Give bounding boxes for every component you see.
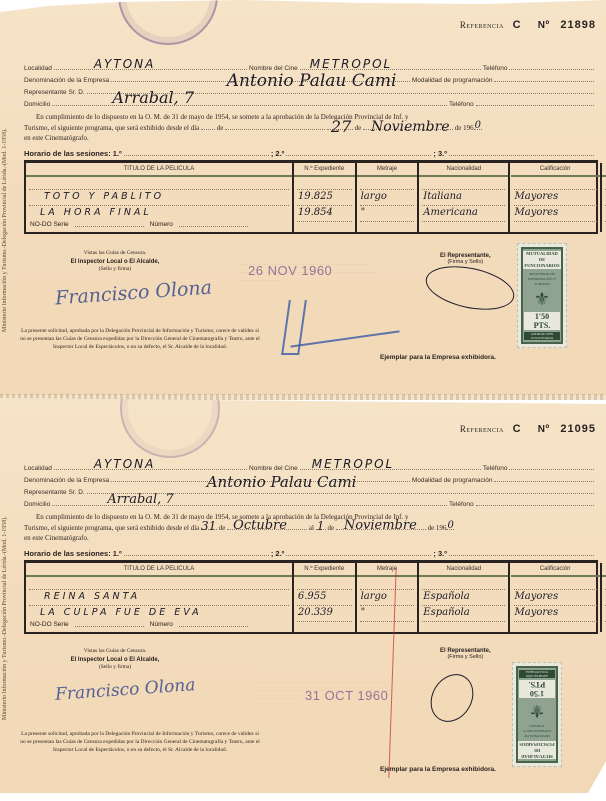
eagle-emblem-icon: ⚜ <box>529 701 545 721</box>
table-cell-calificacion[interactable]: Mayores <box>515 207 559 218</box>
desde-mes-field[interactable]: Octubre <box>227 522 307 530</box>
representative-block: El Representante, (Firma y Sello) <box>440 253 491 265</box>
column-metraje: Metrajelargo" <box>357 163 420 232</box>
films-table: TITULO DE LA PELICULATOTO Y PABLITOLA HO… <box>24 160 598 234</box>
reference-letter: C <box>513 19 521 31</box>
reference: Referencia C Nº 21095 <box>460 423 596 435</box>
row-rule <box>297 621 352 622</box>
de-label: de <box>219 524 226 532</box>
table-cell-calificacion[interactable]: Mayores <box>515 591 559 602</box>
column-header: Nacionalidad <box>419 163 508 177</box>
telefono-field[interactable] <box>509 69 594 70</box>
reference-label: Referencia <box>460 424 504 434</box>
localidad-value: AYTONA <box>94 57 156 71</box>
row-rule <box>297 189 352 190</box>
margin-print-text: Ministerio Información y Turismo.-Delega… <box>2 478 16 758</box>
representante-value: Antonio Palau Cami <box>227 71 397 91</box>
telefono-field[interactable] <box>509 469 594 470</box>
tax-stamp-ring-text: MINISTERIO DE INFORMACIÓN Y TURISMO <box>524 272 560 287</box>
year-prefix: de 196 <box>455 124 474 132</box>
telefono-label: Teléfono <box>483 465 508 472</box>
nodo-serie-field[interactable] <box>75 626 144 627</box>
row-rule <box>514 189 597 190</box>
column-header: N.º Expediente <box>294 163 355 177</box>
table-cell-nacionalidad[interactable]: Americana <box>423 207 478 218</box>
censor-block: Vistas las Guías de Censura. El Inspecto… <box>40 648 190 670</box>
representante-label: Representante Sr. D. <box>24 489 85 496</box>
nodo-label: NO-DO Serie <box>30 221 69 228</box>
paragraph-line3: en este Cinematógrafo. <box>24 533 596 543</box>
modalidad-field[interactable] <box>494 81 594 82</box>
row-rule <box>514 589 597 590</box>
session-3-field[interactable] <box>449 155 594 156</box>
nodo-numero-field[interactable] <box>179 626 248 627</box>
localidad-field[interactable]: AYTONA <box>54 469 247 470</box>
sessions-row: Horario de las sesiones: 1.º ; 2.º ; 3.º <box>24 546 596 558</box>
table-cell-metraje[interactable]: " <box>361 207 366 218</box>
row-rule <box>297 589 352 590</box>
telefono2-field[interactable] <box>476 505 594 506</box>
column-header: N.º Expediente <box>294 563 355 577</box>
reference-number-label: Nº <box>538 424 550 435</box>
numero-label: Número <box>150 621 173 628</box>
paragraph-line2: Turismo, el siguiente programa, que será… <box>24 122 596 133</box>
desde-dia-value: 31 <box>201 521 216 531</box>
table-cell-titulo[interactable]: TOTO Y PABLITO <box>44 191 164 202</box>
session-3-label: ; 3.º <box>433 549 447 558</box>
program-paragraph: En cumplimiento de lo dispuesto en la O.… <box>24 112 596 143</box>
cine-value: METROPOL <box>312 457 394 471</box>
censor-line3: (Sello y firma) <box>40 664 190 670</box>
session-2-field[interactable] <box>286 155 431 156</box>
eagle-emblem-icon: ⚜ <box>534 289 550 309</box>
row-rule <box>297 605 352 606</box>
row-rule <box>29 189 289 190</box>
session-2-field[interactable] <box>286 555 431 556</box>
desde-dia-field[interactable]: 31 <box>201 522 217 530</box>
paragraph-line1: En cumplimiento de lo dispuesto en la O.… <box>24 512 596 522</box>
inspector-signature: Francisco Olona <box>54 675 196 705</box>
row-rule <box>360 605 415 606</box>
column-calificacion: CalificaciónMayoresMayores <box>511 163 602 232</box>
official-seal <box>120 398 220 458</box>
pen-stroke <box>290 330 399 347</box>
al-dia-value: 27 <box>331 122 351 132</box>
validity-notice: La presente solicitud, aprobada por la D… <box>20 730 260 754</box>
session-1-field[interactable] <box>124 155 269 156</box>
tax-stamp: MUTUALIDAD DE FUNCIONARIOS MINISTERIO DE… <box>517 243 567 348</box>
column-clasificacion: Clasificación <box>602 163 606 232</box>
tax-stamp: MUTUALIDAD DE FUNCIONARIOS MINISTERIO DE… <box>512 662 562 767</box>
table-cell-expediente[interactable]: 19.854 <box>298 207 333 218</box>
nodo-row: NO-DO SerieNúmero <box>30 621 250 628</box>
reference-number: 21095 <box>560 423 596 435</box>
column-header: Clasificación <box>602 163 606 177</box>
official-seal <box>118 0 218 45</box>
cine-label: Nombre del Cine <box>249 465 298 472</box>
table-cell-nacionalidad[interactable]: Española <box>423 591 469 602</box>
censor-line1: Vistas las Guías de Censura. <box>40 648 190 654</box>
session-1-label: 1.º <box>113 149 122 158</box>
row-rule <box>360 621 415 622</box>
row-rule <box>514 621 597 622</box>
row-rule <box>514 221 597 222</box>
program-paragraph: En cumplimiento de lo dispuesto en la O.… <box>24 512 596 543</box>
column-expediente: N.º Expediente19.82519.854 <box>294 163 357 232</box>
year-digit: 0 <box>475 121 481 131</box>
telefono-label: Teléfono <box>483 65 508 72</box>
localidad-value: AYTONA <box>94 457 156 471</box>
paragraph-line3: en este Cinematógrafo. <box>24 133 596 143</box>
table-cell-metraje[interactable]: largo <box>361 191 387 202</box>
row-rule <box>297 221 352 222</box>
domicilio-value: Arrabal, 7 <box>107 492 173 507</box>
row-rule <box>360 205 415 206</box>
year-field[interactable]: 0 <box>474 122 482 130</box>
cine-value: METROPOL <box>310 57 392 71</box>
desde-mes-field[interactable] <box>225 122 325 130</box>
validity-notice: La presente solicitud, aprobada por la D… <box>20 327 260 351</box>
row-rule <box>422 605 505 606</box>
representative-signature <box>422 666 482 729</box>
de-label: de <box>217 124 224 132</box>
domicilio-label: Domicilio <box>24 501 50 508</box>
table-cell-nacionalidad[interactable]: Española <box>423 607 469 618</box>
representative-signature <box>422 259 518 317</box>
form-top: Ministerio Información y Turismo.-Delega… <box>0 0 606 395</box>
de2-label: de <box>327 524 334 532</box>
reference-label: Referencia <box>460 20 504 30</box>
representative-sublabel: (Firma y Sello) <box>440 259 491 265</box>
row-rule <box>422 205 505 206</box>
al-mes-value: Noviembre <box>371 122 450 132</box>
column-clasificacion: Clasificación <box>602 563 606 632</box>
inspector-signature: Francisco Olona <box>54 277 212 310</box>
al-dia-field[interactable]: 1 <box>316 522 326 530</box>
nodo-numero-field[interactable] <box>179 226 248 227</box>
session-1-field[interactable] <box>124 555 269 556</box>
nodo-row: NO-DO SerieNúmero <box>30 221 250 228</box>
row-representante: Representante Sr. D. Antonio Palau Cami <box>24 84 596 96</box>
modalidad-label: Modalidad de programación <box>412 77 493 84</box>
tax-stamp-price: 1'50 PTS. <box>524 312 560 330</box>
table-cell-calificacion[interactable]: Mayores <box>515 607 559 618</box>
paragraph-prefix: Turismo, el siguiente programa, que será… <box>24 124 199 132</box>
column-expediente: N.º Expediente6.95520.339 <box>294 563 357 632</box>
year-field[interactable]: 0 <box>446 522 454 530</box>
domicilio-field[interactable]: Arrabal, 7 <box>52 105 447 106</box>
films-table: TITULO DE LA PELICULAREINA SANTALA CULPA… <box>24 560 598 634</box>
row-rule <box>422 221 505 222</box>
al-dia-value: 1 <box>317 521 325 531</box>
table-cell-expediente[interactable]: 20.339 <box>298 607 333 618</box>
al-mes-field[interactable]: Noviembre <box>336 522 426 530</box>
representante-label: Representante Sr. D. <box>24 89 85 96</box>
tax-stamp-title: MUTUALIDAD DE FUNCIONARIOS <box>518 741 555 759</box>
telefono2-field[interactable] <box>476 105 594 106</box>
session-3-label: ; 3.º <box>433 149 447 158</box>
table-cell-titulo[interactable]: REINA SANTA <box>44 591 140 602</box>
modalidad-field[interactable] <box>494 481 594 482</box>
row-rule <box>360 189 415 190</box>
table-cell-metraje[interactable]: largo <box>361 591 387 602</box>
row-localidad: Localidad AYTONA Nombre del Cine METROPO… <box>24 460 596 472</box>
copy-label: Ejemplar para la Empresa exhibidora. <box>380 766 496 773</box>
telefono2-label: Teléfono <box>449 501 474 508</box>
table-cell-nacionalidad[interactable]: Italiana <box>423 191 462 202</box>
tax-stamp-title: MUTUALIDAD DE FUNCIONARIOS <box>523 251 560 269</box>
column-header: Metraje <box>357 163 418 177</box>
table-cell-expediente[interactable]: 19.825 <box>298 191 333 202</box>
localidad-label: Localidad <box>24 465 52 472</box>
modalidad-label: Modalidad de programación <box>412 477 493 484</box>
tax-stamp-footer: APORTACIÓN VOLUNTARIA <box>519 670 555 678</box>
table-cell-titulo[interactable]: LA HORA FINAL <box>40 207 152 218</box>
reference-number: 21898 <box>560 19 596 31</box>
form-bottom: Ministerio Información y Turismo.-Delega… <box>0 398 606 793</box>
de2-label: de <box>355 124 362 132</box>
localidad-label: Localidad <box>24 65 52 72</box>
column-titulo: TITULO DE LA PELICULAREINA SANTALA CULPA… <box>26 563 294 632</box>
paragraph-line2: Turismo, el siguiente programa, que será… <box>24 522 596 533</box>
empresa-label: Denominación de la Empresa <box>24 77 109 84</box>
date-stamp: 31 OCT 1960 <box>305 688 388 703</box>
column-metraje: Metrajelargo" <box>357 563 420 632</box>
reference-letter: C <box>513 423 521 435</box>
row-domicilio: Domicilio Arrabal, 7 Teléfono <box>24 496 596 508</box>
row-rule <box>297 205 352 206</box>
censor-block: Vistas las Guías de Censura. El Inspecto… <box>40 250 190 272</box>
numero-label: Número <box>150 221 173 228</box>
nodo-label: NO-DO Serie <box>30 621 69 628</box>
desde-dia-field[interactable] <box>201 122 215 130</box>
table-cell-calificacion[interactable]: Mayores <box>515 191 559 202</box>
copy-label: Ejemplar para la Empresa exhibidora. <box>380 354 496 361</box>
row-domicilio: Domicilio Arrabal, 7 Teléfono <box>24 96 596 108</box>
column-header: TITULO DE LA PELICULA <box>26 563 292 577</box>
margin-print-text: Ministerio Información y Turismo.-Delega… <box>2 100 16 360</box>
column-nacionalidad: NacionalidadEspañolaEspañola <box>419 563 510 632</box>
representante-value: Antonio Palau Cami <box>207 473 357 491</box>
table-cell-expediente[interactable]: 6.955 <box>298 591 327 602</box>
table-cell-titulo[interactable]: LA CULPA FUE DE EVA <box>40 607 202 618</box>
tax-stamp-footer: APORTACIÓN VOLUNTARIA <box>524 332 560 340</box>
column-header: Nacionalidad <box>419 563 508 577</box>
column-header: Clasificación <box>602 563 606 577</box>
censor-line2: El Inspector Local o El Alcalde, <box>40 259 190 265</box>
empresa-label: Denominación de la Empresa <box>24 477 109 484</box>
tax-stamp-price: 1'50 PTS. <box>519 681 555 699</box>
tax-stamp-ring-text: MINISTERIO DE INFORMACIÓN Y TURISMO <box>519 724 555 739</box>
session-2-label: ; 2.º <box>271 549 285 558</box>
censor-line2: El Inspector Local o El Alcalde, <box>40 657 190 663</box>
paragraph-prefix: Turismo, el siguiente programa, que será… <box>24 524 199 532</box>
nodo-serie-field[interactable] <box>75 226 144 227</box>
row-rule <box>514 205 597 206</box>
row-rule <box>29 205 289 206</box>
reference-number-label: Nº <box>538 20 550 31</box>
sessions-row: Horario de las sesiones: 1.º ; 2.º ; 3.º <box>24 146 596 158</box>
cine-field[interactable]: METROPOL <box>300 69 481 70</box>
row-rule <box>360 221 415 222</box>
domicilio-field[interactable]: Arrabal, 7 <box>52 505 447 506</box>
domicilio-value: Arrabal, 7 <box>112 88 194 107</box>
paragraph-line1: En cumplimiento de lo dispuesto en la O.… <box>24 112 596 122</box>
session-3-field[interactable] <box>449 555 594 556</box>
reference: Referencia C Nº 21898 <box>460 19 596 31</box>
column-header: Calificación <box>511 563 600 577</box>
representative-sublabel: (Firma y Sello) <box>440 654 491 660</box>
sessions-label: Horario de las sesiones: <box>24 549 111 558</box>
row-rule <box>514 605 597 606</box>
table-cell-metraje[interactable]: " <box>361 607 366 618</box>
column-header: TITULO DE LA PELICULA <box>26 163 292 177</box>
year-digit: 0 <box>447 521 453 531</box>
cine-field[interactable]: METROPOL <box>300 469 481 470</box>
row-rule <box>422 621 505 622</box>
telefono2-label: Teléfono <box>449 101 474 108</box>
al-label: al <box>309 524 314 532</box>
censor-line1: Vistas las Guías de Censura. <box>40 250 190 256</box>
year-prefix: de 196 <box>428 524 447 532</box>
session-2-label: ; 2.º <box>271 149 285 158</box>
sessions-label: Horario de las sesiones: <box>24 149 111 158</box>
column-header: Metraje <box>357 563 418 577</box>
session-1-label: 1.º <box>113 549 122 558</box>
date-stamp: 26 NOV 1960 <box>248 263 332 278</box>
row-rule <box>360 589 415 590</box>
column-nacionalidad: NacionalidadItalianaAmericana <box>419 163 510 232</box>
row-rule <box>29 605 289 606</box>
localidad-field[interactable]: AYTONA <box>54 69 247 70</box>
al-mes-value: Noviembre <box>344 521 417 531</box>
censor-line3: (Sello y firma) <box>40 266 190 272</box>
al-mes-field[interactable]: Noviembre <box>363 122 453 130</box>
al-dia-field[interactable]: 27 <box>327 122 353 130</box>
column-calificacion: CalificaciónMayoresMayores <box>511 563 602 632</box>
row-rule <box>29 589 289 590</box>
row-rule <box>422 589 505 590</box>
domicilio-label: Domicilio <box>24 101 50 108</box>
desde-mes-value: Octubre <box>233 521 287 531</box>
row-rule <box>422 189 505 190</box>
representative-block: El Representante, (Firma y Sello) <box>440 648 491 660</box>
column-header: Calificación <box>511 163 600 177</box>
column-titulo: TITULO DE LA PELICULATOTO Y PABLITOLA HO… <box>26 163 294 232</box>
